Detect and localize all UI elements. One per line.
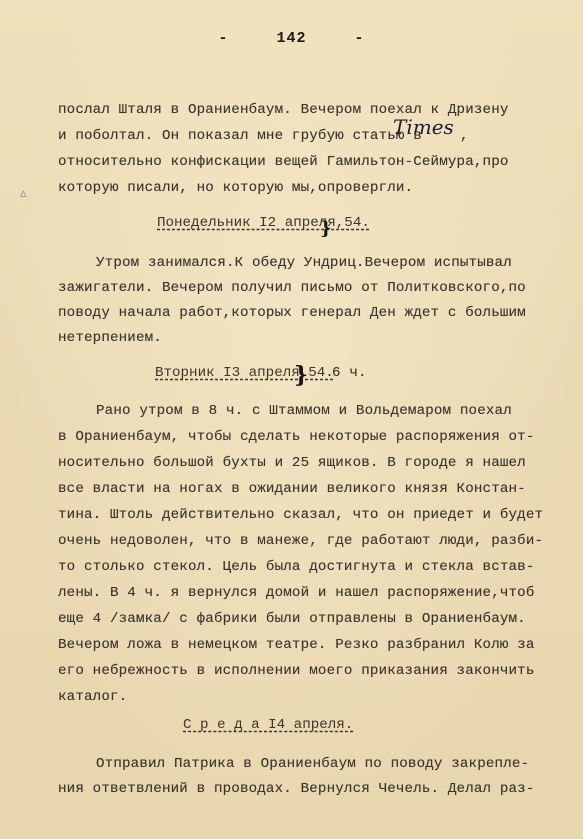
text-line: Отправил Патрика в Ораниенбаум по поводу… [96,756,529,772]
text-line: Вечером ложа в немецком театре. Резко ра… [58,637,535,653]
text-line: зажигатели. Вечером получил письмо от По… [58,280,526,296]
margin-mark: ▵ [20,186,27,201]
text-line: относительно конфискации вещей Гамильтон… [58,154,509,170]
text-line: Рано утром в 8 ч. с Штаммом и Вольдемаро… [96,403,512,419]
page-number: 142 [276,30,306,47]
text-line: каталог. [58,689,127,705]
text-line: все власти на ногах в ожидании великого … [58,481,526,497]
text-line: и поболтал. Он показал мне грубую статью… [58,128,422,144]
text-line: которую писали, но которую мы,опровергли… [58,180,413,196]
handwritten-times: Times [393,115,454,139]
text-line: ния ответвлений в проводах. Вернулся Чеч… [58,781,535,797]
page-number-dash-left: - [218,30,228,47]
heading-annotation: 6 ч. [332,365,367,381]
text-line: нетерпением. [58,330,162,346]
text-comma: , [460,128,469,144]
text-line: поводу начала работ,которых генерал Ден … [58,305,526,321]
text-line: лены. В 4 ч. я вернулся домой и нашел ра… [58,585,535,601]
document-page: - 142 - послал Шталя в Ораниенбаум. Вече… [0,0,583,839]
page-number-dash-right: - [355,30,365,47]
handwritten-bracket-mark: } [320,218,332,239]
text-line: его небрежность в исполнении моего прика… [58,663,535,679]
text-line: в Ораниенбаум, чтобы сделать некоторые р… [58,429,535,445]
entry-heading-wednesday: С р е д а I4 апреля. [183,717,353,733]
text-line: носительно большой бухты и 25 ящиков. В … [58,455,526,471]
page-number-header: - 142 - [0,30,583,47]
handwritten-bracket-mark: } [294,362,308,388]
text-line: очень недоволен, что в манеже, где работ… [58,533,543,549]
entry-heading-monday: Понедельник I2 апреля,54. [157,215,370,231]
text-line: тина. Штоль действительно сказал, что он… [58,507,543,523]
text-line: Утром занимался.К обеду Ундриц.Вечером и… [96,255,512,271]
text-line: то столько стекол. Цель была достигнута … [58,559,535,575]
text-line: еще 4 /замка/ с фабрики были отправлены … [58,611,526,627]
